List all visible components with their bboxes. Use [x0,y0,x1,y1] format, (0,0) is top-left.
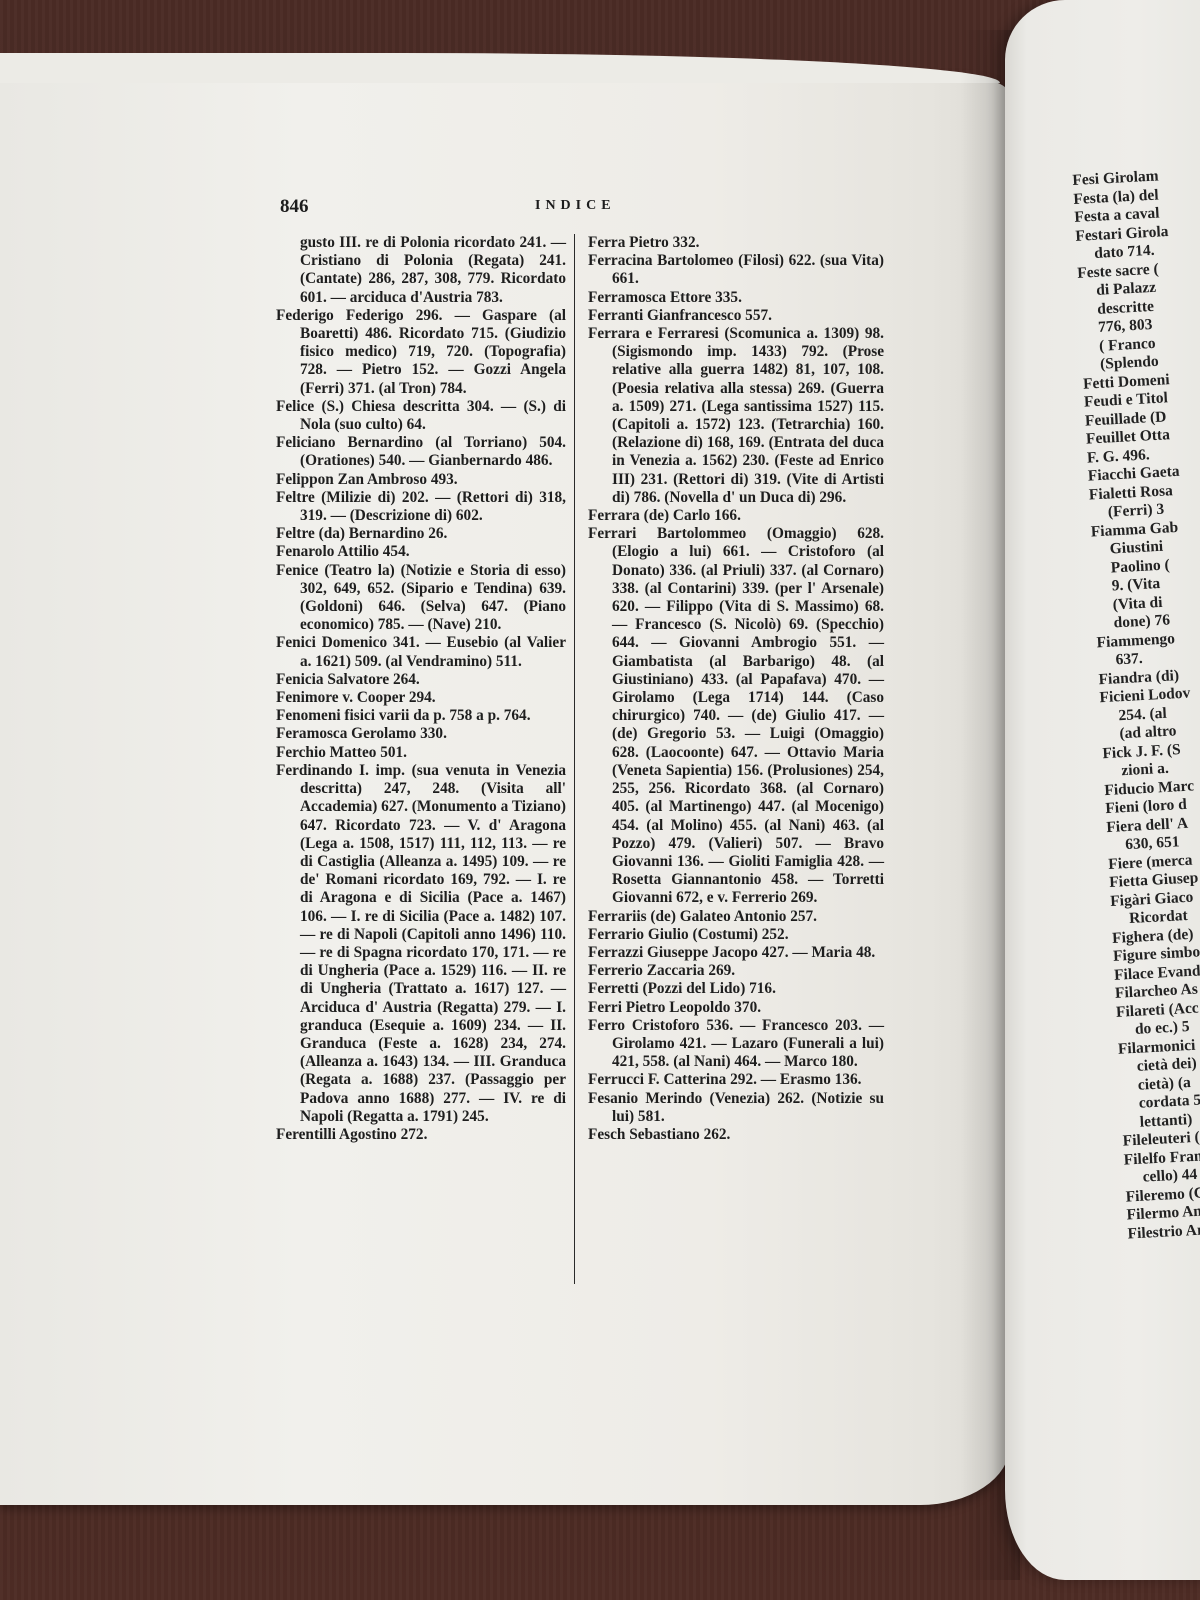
column-divider-rule [574,234,575,1284]
index-entry: Fesanio Merindo (Venezia) 262. (Notizie … [588,1090,884,1126]
index-entry: Fesch Sebastiano 262. [588,1126,884,1144]
index-entry: Ferrerio Zaccaria 269. [588,962,884,980]
index-entry: Fenice (Teatro la) (Notizie e Storia di … [276,562,566,635]
index-entry: Fenarolo Attilio 454. [276,543,566,561]
index-entry: Ferri Pietro Leopoldo 370. [588,999,884,1017]
index-entry: Ferracina Bartolomeo (Filosi) 622. (sua … [588,252,884,288]
index-entry: Ferchio Matteo 501. [276,744,566,762]
index-entry: Ferrari Bartolommeo (Omaggio) 628. (Elog… [588,525,884,907]
index-entry: Feramosca Gerolamo 330. [276,725,566,743]
index-entry: Felippon Zan Ambroso 493. [276,471,566,489]
index-entry: Ferranti Gianfrancesco 557. [588,307,884,325]
index-entry: Ferra Pietro 332. [588,234,884,252]
index-entry: Ferrazzi Giuseppe Jacopo 427. — Maria 48… [588,944,884,962]
index-entry: Feltre (da) Bernardino 26. [276,525,566,543]
index-entry: Ferrara e Ferraresi (Scomunica a. 1309) … [588,325,884,507]
index-entry: Ferentilli Agostino 272. [276,1126,566,1144]
index-entry: Ferro Cristoforo 536. — Francesco 203. —… [588,1017,884,1072]
index-entry: Felice (S.) Chiesa descritta 304. — (S.)… [276,398,566,434]
running-head: INDICE [535,198,616,214]
index-entry: Feliciano Bernardino (al Torriano) 504. … [276,434,566,470]
index-entry: Ferrario Giulio (Costumi) 252. [588,926,884,944]
index-entry: Fenimore v. Cooper 294. [276,689,566,707]
index-entry: Fenomeni fisici varii da p. 758 a p. 764… [276,707,566,725]
index-entry: Ferramosca Ettore 335. [588,289,884,307]
page-number: 846 [280,196,309,218]
index-entry: gusto III. re di Polonia ricordato 241. … [276,234,566,307]
index-entry: Ferdinando I. imp. (sua venuta in Venezi… [276,762,566,1126]
index-entry: Ferrara (de) Carlo 166. [588,507,884,525]
index-column-left: gusto III. re di Polonia ricordato 241. … [276,234,566,1144]
index-entry: Ferrariis (de) Galateo Antonio 257. [588,908,884,926]
index-entry: Federigo Federigo 296. — Gaspare (al Boa… [276,307,566,398]
index-entry: Fenici Domenico 341. — Eusebio (al Valie… [276,634,566,670]
index-column-right: Ferra Pietro 332. Ferracina Bartolomeo (… [588,234,884,1144]
index-entry: Fenicia Salvatore 264. [276,671,566,689]
index-entry: Feltre (Milizie di) 202. — (Rettori di) … [276,489,566,525]
index-entry: Ferretti (Pozzi del Lido) 716. [588,980,884,998]
index-entry: Ferrucci F. Catterina 292. — Erasmo 136. [588,1071,884,1089]
